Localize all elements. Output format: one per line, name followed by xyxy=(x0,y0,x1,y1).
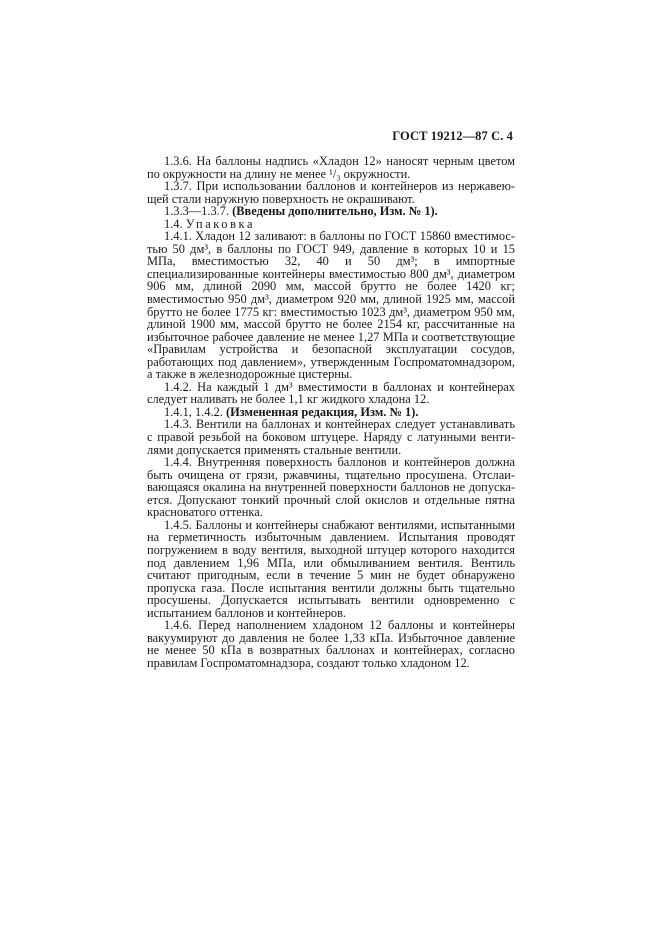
paragraph-1-3-6: 1.3.6. На баллоны надпись «Хладон 12» на… xyxy=(147,155,515,180)
paragraph-1-3-7: 1.3.7. При использовании баллонов и конт… xyxy=(147,180,515,205)
paragraph-1-4-1: 1.4.1. Хладон 12 заливают: в баллоны по … xyxy=(147,230,515,381)
paragraph-1-4-3: 1.4.3. Вентили на баллонах и контейнерах… xyxy=(147,418,515,456)
amendment-note-text: (Введены дополнительно, Изм. № 1). xyxy=(232,204,438,218)
paragraph-1-4-4: 1.4.4. Внутренняя поверхность баллонов и… xyxy=(147,456,515,519)
paragraph-1-4-2: 1.4.2. На каждый 1 дм³ вместимости в бал… xyxy=(147,381,515,406)
document-body: 1.3.6. На баллоны надпись «Хладон 12» на… xyxy=(147,155,515,669)
paragraph-1-4-6: 1.4.6. Перед наполнением хладоном 12 бал… xyxy=(147,619,515,669)
paragraph-1-4-5: 1.4.5. Баллоны и контейнеры снабжают вен… xyxy=(147,519,515,619)
page-header-gost-ref: ГОСТ 19212—87 С. 4 xyxy=(392,129,513,144)
